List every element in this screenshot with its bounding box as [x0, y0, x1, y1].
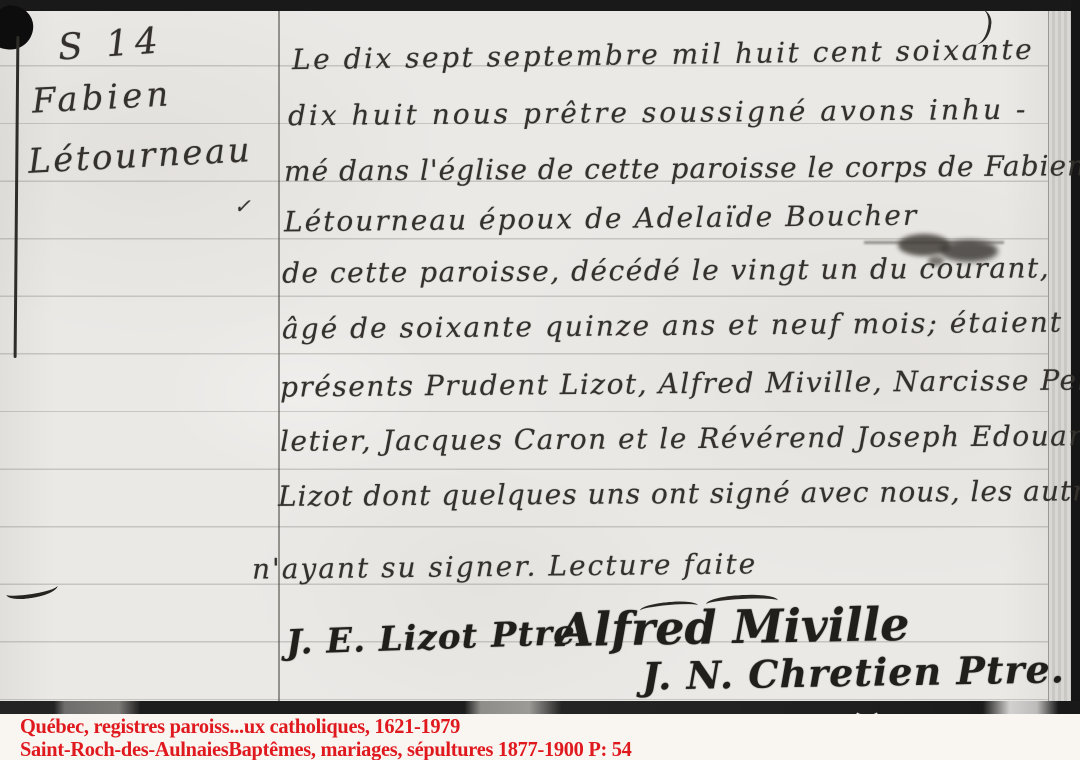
record-body-line: Létourneau époux de Adelaïde Boucher	[284, 199, 919, 239]
page-edge-band	[1048, 11, 1073, 714]
descender-arc	[852, 699, 882, 714]
signature-miville: Alfred Miville	[558, 597, 910, 657]
scan-bottom-edge	[0, 701, 1080, 714]
record-body-line: dix huit nous prêtre soussigné avons inh…	[288, 93, 1029, 132]
record-body-line: letier, Jacques Caron et le Révérend Jos…	[280, 419, 1080, 458]
scanned-record-image[interactable]: S 14 Fabien Létourneau ✓ Le dix sept sep…	[0, 0, 1080, 714]
margin-checkmark: ✓	[234, 194, 251, 218]
record-body-line: âgé de soixante quinze ans et neuf mois;…	[282, 306, 1063, 346]
record-body-line: n'ayant su signer. Lecture faite	[252, 547, 758, 585]
record-body-line: de cette paroisse, décédé le vingt un du…	[282, 251, 1050, 289]
catalog-caption: Québec, registres paroiss...ux catholiqu…	[0, 714, 1080, 760]
caption-record-detail: Saint-Roch-des-AulnaiesBaptêmes, mariage…	[20, 738, 632, 760]
scan-right-edge	[1071, 0, 1080, 714]
descender-arc	[888, 701, 912, 714]
record-body-line: présents Prudent Lizot, Alfred Miville, …	[280, 363, 1080, 403]
margin-given-name: Fabien	[31, 74, 173, 121]
margin-entry-number: S 14	[57, 20, 166, 68]
scan-top-edge	[0, 0, 1080, 11]
signature-chretien: J. N. Chretien Ptre.	[642, 646, 1066, 698]
record-body-line: mé dans l'église de cette paroisse le co…	[284, 149, 1080, 188]
caption-collection-title: Québec, registres paroiss...ux catholiqu…	[20, 715, 460, 737]
record-body-line: Lizot dont quelques uns ont signé avec n…	[278, 474, 1080, 513]
margin-column-rule	[278, 11, 280, 714]
